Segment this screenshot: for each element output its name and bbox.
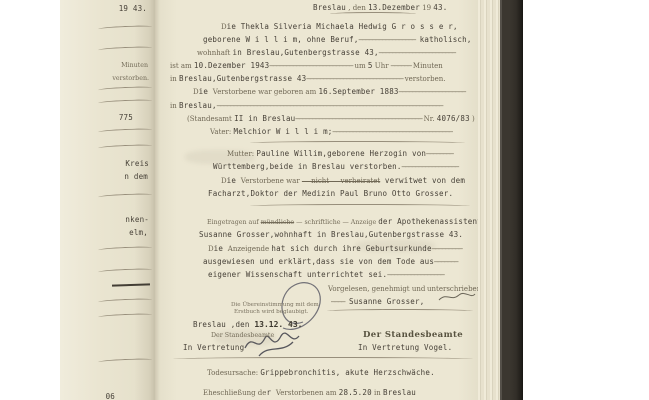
- ruled-line: [98, 144, 152, 150]
- text-segment: Vater:: [210, 128, 233, 136]
- text-segment: Melchior W i l l i m;: [233, 127, 332, 136]
- ruled-line: [98, 313, 152, 319]
- residence-line: wohnhaft in Breslau,Gutenbergstrasse 43,…: [197, 45, 455, 58]
- text-segment: in: [170, 102, 179, 110]
- text-segment: ————————————————————: [399, 87, 465, 96]
- notifier-line: Susanne Grosser,wohnhaft in Breslau,Gute…: [199, 227, 463, 240]
- text-segment: 28.5.20: [339, 388, 372, 397]
- identification-line-3: eigener Wissenschaft unterrichtet sei.——…: [208, 267, 444, 280]
- text-segment: verwitwet von dem: [380, 176, 465, 185]
- widower-name-line: Facharzt,Doktor der Medizin Paul Bruno O…: [208, 186, 453, 199]
- identification-line: Die Anzeigende hat sich durch ihre Gebur…: [208, 241, 462, 254]
- text-segment: In Vertretung Vogel.: [358, 343, 452, 352]
- fragment-year: 19 43.: [119, 1, 147, 14]
- text-segment: 43.: [433, 3, 447, 12]
- text-segment: Susanne Grosser,: [344, 297, 424, 306]
- text-segment: —————————————————————————: [269, 61, 352, 70]
- text-segment: Grippebronchitis, akute Herzschwäche.: [260, 368, 434, 377]
- text-segment: ——————————————————————————————————————: [295, 114, 421, 123]
- crossed-out-word: [112, 283, 150, 286]
- text-segment: — nicht — verheiratet: [302, 177, 380, 185]
- text-segment: ist am: [170, 62, 194, 70]
- fragment-elm: elm,: [129, 225, 148, 238]
- text-segment: Todesursache:: [207, 369, 260, 377]
- ruled-line: [98, 86, 152, 92]
- text-segment: Kreis: [125, 159, 149, 168]
- deceased-name-line: Die Thekla Silveria Michaela Hedwig G r …: [221, 19, 458, 32]
- notice-type-line: Eingetragen auf mündliche — schriftliche…: [207, 214, 491, 228]
- text-segment: Anzeigende: [228, 245, 272, 253]
- text-segment: n dem: [124, 172, 148, 181]
- text-segment: elm,: [129, 228, 148, 237]
- ruled-line: [98, 46, 152, 52]
- ruled-line: [250, 204, 470, 208]
- text-segment: 16.September 1883: [318, 87, 398, 96]
- text-segment: ————————————————————————————————————————…: [217, 101, 442, 110]
- text-segment: 19: [420, 4, 433, 12]
- ruled-line: [98, 246, 152, 252]
- screenshot-canvas: 19 43.Minutenverstorben.775Kreisn demnke…: [0, 0, 649, 400]
- birth-registry-line: (Standesamt II in Breslau———————————————…: [187, 111, 475, 124]
- text-segment: Breslau: [313, 3, 346, 12]
- text-segment: Württemberg,beide in Breslau verstorben.: [213, 162, 402, 171]
- fragment-dem: n dem: [124, 169, 148, 182]
- ruled-line: [327, 309, 473, 313]
- death-record-page: Breslau , den 13.Dezember 19 43.Die Thek…: [155, 0, 478, 400]
- ruled-line: [98, 193, 152, 199]
- text-segment: ———————————————————————: [379, 48, 455, 57]
- text-segment: in: [170, 75, 179, 83]
- certification-note-line-2: Erstbuch wird beglaubigt.: [234, 303, 308, 317]
- text-segment: Uhr: [373, 62, 391, 70]
- birth-date-line: Die Verstorbene war geboren am 16.Septem…: [193, 84, 465, 97]
- text-segment: hat sich durch ihre Geburtsurkunde: [271, 244, 431, 253]
- text-segment: ————————————————————————————————————: [333, 127, 452, 136]
- registrar-title-left: Der Standesbeamte: [211, 327, 274, 341]
- page-edge-stack: [478, 0, 500, 400]
- ruled-line: [98, 25, 152, 31]
- fragment-number-06: 06: [106, 389, 115, 400]
- fragment-number-775: 775: [119, 110, 133, 123]
- fragment-verstorben: verstorben.: [112, 70, 149, 84]
- text-segment: Eingetragen auf: [207, 219, 261, 226]
- identification-line-2: ausgewiesen und erklärt,dass sie von dem…: [203, 254, 457, 267]
- text-segment: um: [352, 62, 368, 70]
- text-segment: Mutter:: [227, 150, 256, 158]
- text-segment: der Apothekenassistentin: [378, 217, 491, 226]
- previous-page-edge: 19 43.Minutenverstorben.775Kreisn demnke…: [60, 0, 155, 400]
- text-segment: Breslau,Gutenbergstrasse 43: [179, 74, 306, 83]
- text-segment: , den: [346, 4, 368, 12]
- text-segment: ————————: [426, 149, 453, 158]
- text-segment: Vorgelesen, genehmigt und: [328, 285, 425, 293]
- father-line: Vater: Melchior W i l l i m;————————————…: [210, 124, 452, 137]
- text-segment: in Breslau,Gutenbergstrasse 43,: [233, 48, 379, 57]
- text-segment: eigener Wissenschaft unterrichtet sei.: [208, 270, 387, 279]
- text-segment: in: [372, 389, 383, 397]
- text-segment: In Vertretung: [183, 343, 244, 352]
- birth-place-line: in Breslau,—————————————————————————————…: [170, 98, 442, 111]
- text-segment: Der Standesbeamte: [363, 330, 463, 340]
- text-segment: unterschrieben: [427, 285, 481, 293]
- text-segment: Verstorbene war geboren am: [213, 88, 319, 96]
- fragment-nken: nken-: [125, 212, 149, 225]
- ruled-line: [98, 268, 152, 274]
- death-date-time-line: ist am 10.Dezember 1943—————————————————…: [170, 58, 443, 71]
- text-segment: mündliche: [261, 219, 294, 226]
- marital-status-line: Die Verstorbene war — nicht — verheirate…: [221, 173, 465, 186]
- fragment-kreis: Kreis: [125, 156, 149, 169]
- text-segment: Breslau: [383, 388, 416, 397]
- ruled-line: [98, 358, 152, 364]
- text-segment: ie Thekla Silveria Michaela Hedwig G r o…: [227, 22, 458, 31]
- text-segment: —————————————————: [402, 162, 458, 171]
- ruled-line: [98, 298, 152, 304]
- text-segment: verstorben.: [112, 75, 149, 82]
- book-cover: [500, 0, 523, 400]
- text-segment: r: [266, 388, 275, 397]
- text-segment: Susanne Grosser,wohnhaft in Breslau,Gute…: [199, 230, 463, 239]
- text-segment: — schriftliche — Anzeige: [294, 219, 378, 226]
- text-segment: ): [470, 115, 475, 123]
- approval-clause-left: Vorgelesen, genehmigt und: [328, 281, 425, 294]
- deputy-signature-right: In Vertretung Vogel.: [358, 340, 452, 353]
- approval-clause-right: unterschrieben: [427, 281, 481, 294]
- text-segment: ——————: [391, 61, 411, 70]
- text-segment: Eheschließung de: [203, 389, 266, 397]
- text-segment: wohnhaft: [197, 49, 233, 57]
- text-segment: ie: [214, 244, 228, 253]
- declarant-signature-line: ———— Susanne Grosser,: [331, 294, 424, 307]
- fragment-minuten: Minuten: [121, 57, 148, 71]
- text-segment: Verstorbenen am: [276, 389, 339, 397]
- text-segment: Nr.: [421, 115, 436, 123]
- text-segment: nken-: [125, 215, 149, 224]
- text-segment: Verstorbene war: [241, 177, 302, 185]
- mother-line-continued: Württemberg,beide in Breslau verstorben.…: [213, 159, 458, 172]
- text-segment: Pauline Willim,geborene Herzogin von: [256, 149, 426, 158]
- text-segment: II in Breslau: [234, 114, 295, 123]
- death-place-line: in Breslau,Gutenbergstrasse 43——————————…: [170, 71, 445, 84]
- marriage-date-line: Eheschließung der Verstorbenen am 28.5.2…: [203, 385, 416, 398]
- text-segment: ausgewiesen und erklärt,dass sie von dem…: [203, 257, 434, 266]
- text-segment: Minuten: [411, 62, 443, 70]
- text-segment: Facharzt,Doktor der Medizin Paul Bruno O…: [208, 189, 453, 198]
- text-segment: 13.Dezember: [368, 3, 420, 12]
- ruled-line: [173, 357, 473, 361]
- text-segment: —————————————————: [359, 35, 415, 44]
- mother-line: Mutter: Pauline Willim,geborene Herzogin…: [227, 146, 453, 159]
- text-segment: —————————: [432, 244, 462, 253]
- text-segment: 775: [119, 113, 133, 122]
- text-segment: ———————: [434, 257, 457, 266]
- ruled-line: [98, 128, 152, 134]
- text-segment: 4076/83: [437, 114, 470, 123]
- text-segment: katholisch,: [415, 35, 472, 44]
- ruled-line: [98, 99, 152, 105]
- text-segment: ————: [331, 297, 344, 306]
- text-segment: Der Standesbeamte: [211, 332, 274, 339]
- birth-name-line: geborene W i l l i m, ohne Beruf,———————…: [203, 32, 472, 45]
- text-segment: geborene W i l l i m, ohne Beruf,: [203, 35, 359, 44]
- text-segment: (Standesamt: [187, 115, 234, 123]
- text-segment: ie: [199, 87, 213, 96]
- text-segment: Erstbuch wird beglaubigt.: [234, 309, 308, 315]
- text-segment: —————————————————————————————: [306, 74, 402, 83]
- register-book-photo: 19 43.Minutenverstorben.775Kreisn demnke…: [60, 0, 523, 400]
- deputy-signature-left: In Vertretung: [183, 340, 244, 353]
- ruled-line: [330, 12, 416, 16]
- text-segment: 19 43.: [119, 4, 147, 13]
- text-segment: 06: [106, 392, 115, 400]
- text-segment: ie: [227, 176, 241, 185]
- text-segment: verstorben.: [402, 75, 445, 83]
- ruled-line: [250, 141, 465, 145]
- text-segment: Minuten: [121, 62, 148, 69]
- cause-of-death-line: Todesursache: Grippebronchitis, akute He…: [207, 365, 435, 378]
- text-segment: 10.Dezember 1943: [194, 61, 269, 70]
- text-segment: Breslau,: [179, 101, 217, 110]
- registrar-title-right: Der Standesbeamte: [363, 327, 463, 340]
- text-segment: —————————————————: [387, 270, 443, 279]
